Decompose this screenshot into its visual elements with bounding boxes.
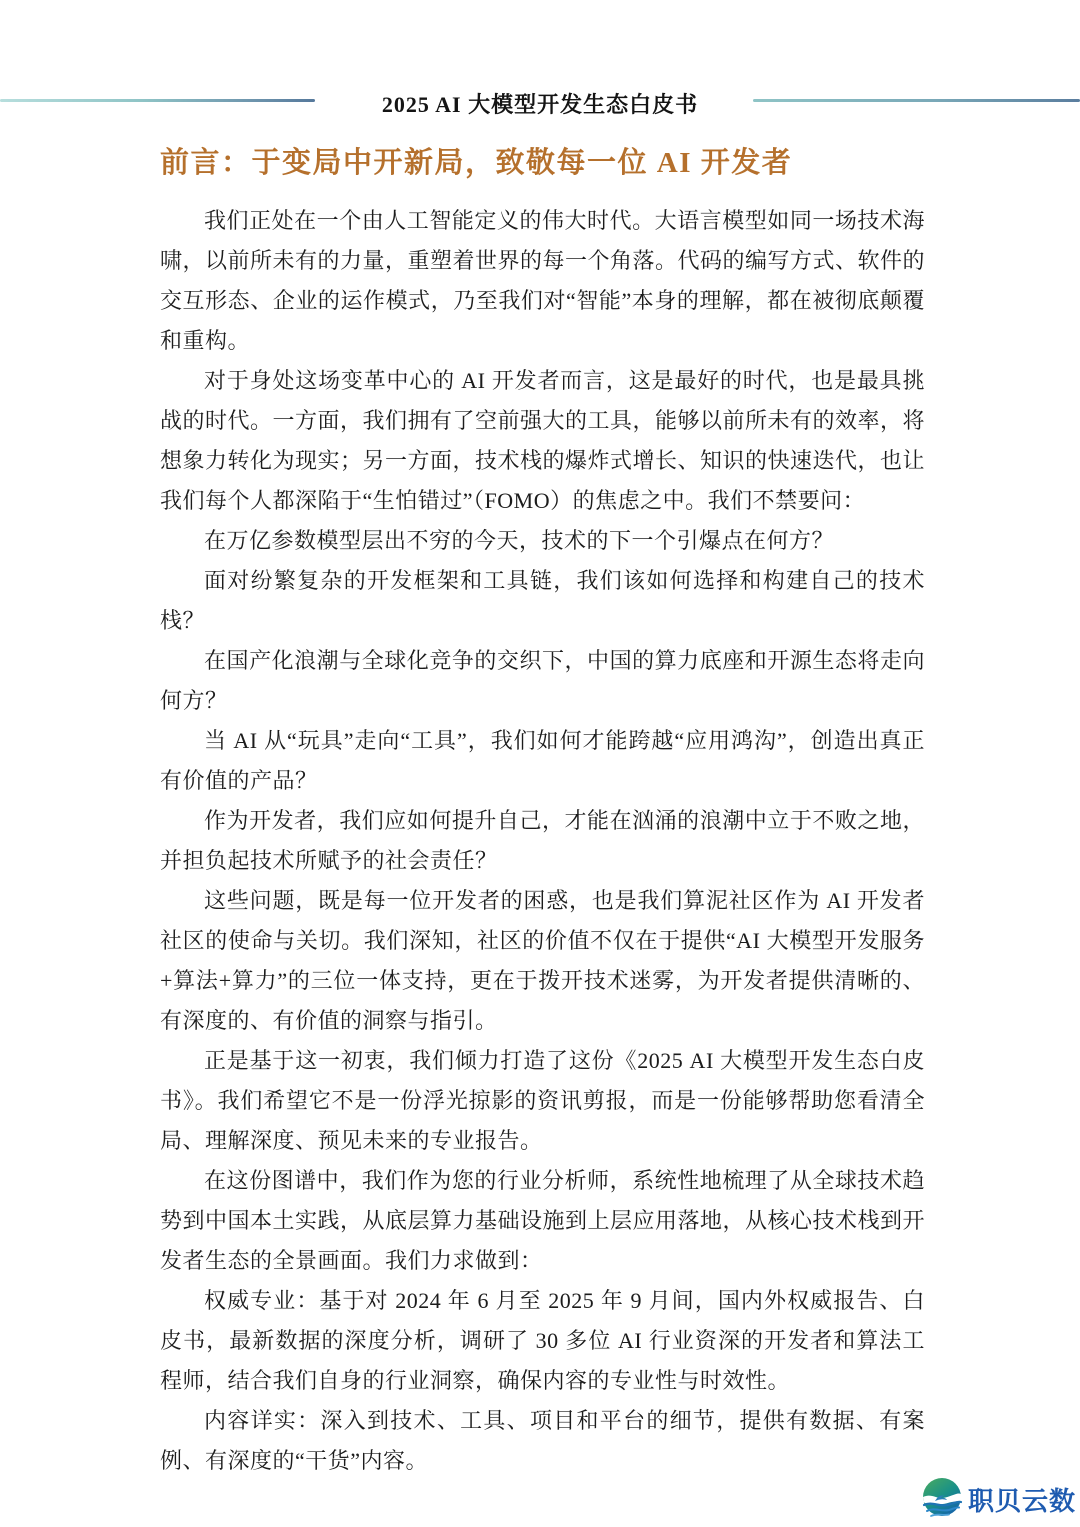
paragraph: 这些问题，既是每一位开发者的困惑，也是我们算泥社区作为 AI 开发者社区的使命与… (160, 881, 925, 1041)
section-title: 前言：于变局中开新局，致敬每一位 AI 开发者 (160, 140, 792, 181)
running-header-title: 2025 AI 大模型开发生态白皮书 (0, 88, 1080, 119)
paragraph: 权威专业：基于对 2024 年 6 月至 2025 年 9 月间，国内外权威报告… (160, 1281, 925, 1401)
paragraph: 在这份图谱中，我们作为您的行业分析师，系统性地梳理了从全球技术趋势到中国本土实践… (160, 1161, 925, 1281)
paragraph: 当 AI 从“玩具”走向“工具”，我们如何才能跨越“应用鸿沟”，创造出真正有价值… (160, 721, 925, 801)
paragraph: 在万亿参数模型层出不穷的今天，技术的下一个引爆点在何方？ (160, 521, 925, 561)
document-page: 2025 AI 大模型开发生态白皮书 前言：于变局中开新局，致敬每一位 AI 开… (0, 0, 1080, 1527)
paragraph: 对于身处这场变革中心的 AI 开发者而言，这是最好的时代，也是最具挑战的时代。一… (160, 361, 925, 521)
paragraph: 正是基于这一初衷，我们倾力打造了这份《2025 AI 大模型开发生态白皮书》。我… (160, 1041, 925, 1161)
paragraph: 面对纷繁复杂的开发框架和工具链，我们该如何选择和构建自己的技术栈？ (160, 561, 925, 641)
body-content: 我们正处在一个由人工智能定义的伟大时代。大语言模型如同一场技术海啸，以前所未有的… (160, 201, 925, 1481)
brand-logo: 职贝云数 (921, 1477, 1076, 1521)
paragraph: 我们正处在一个由人工智能定义的伟大时代。大语言模型如同一场技术海啸，以前所未有的… (160, 201, 925, 361)
paragraph: 作为开发者，我们应如何提升自己，才能在汹涌的浪潮中立于不败之地，并担负起技术所赋… (160, 801, 925, 881)
paragraph: 内容详实：深入到技术、工具、项目和平台的细节，提供有数据、有案例、有深度的“干货… (160, 1401, 925, 1481)
paragraph: 在国产化浪潮与全球化竞争的交织下，中国的算力底座和开源生态将走向何方？ (160, 641, 925, 721)
running-header: 2025 AI 大模型开发生态白皮书 (0, 88, 1080, 116)
globe-wave-icon (921, 1477, 963, 1521)
brand-name: 职贝云数 (968, 1481, 1076, 1518)
